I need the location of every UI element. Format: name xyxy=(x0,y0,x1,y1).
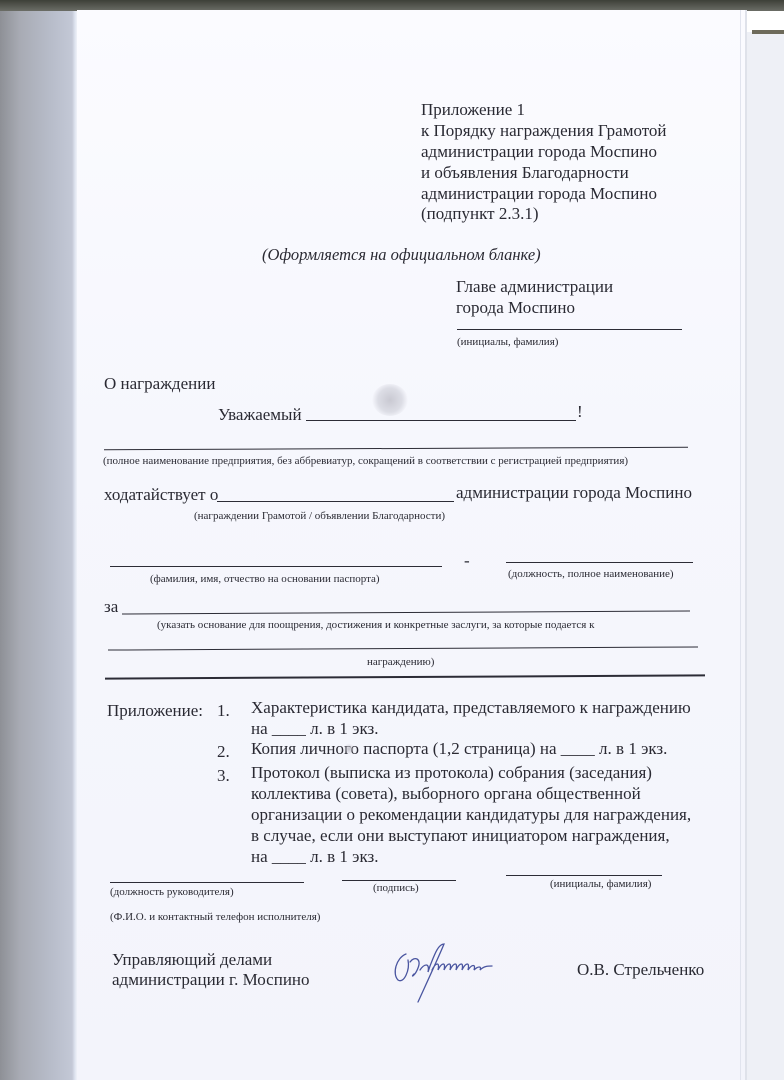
candidate-dash: - xyxy=(464,550,470,571)
clip-mark xyxy=(344,743,354,755)
addressee-name-field[interactable] xyxy=(457,329,682,330)
attachment-text: коллектива (совета), выборного органа об… xyxy=(251,783,641,804)
reason-caption-cont: награждению) xyxy=(367,656,434,669)
salutation-exclamation: ! xyxy=(577,401,583,422)
official-form-note: (Оформляется на официальном бланке) xyxy=(262,244,541,265)
initials-surname-field[interactable] xyxy=(506,875,662,876)
petition-label: ходатайствует о xyxy=(104,484,218,505)
candidate-position-field[interactable] xyxy=(506,562,693,563)
attachment-number: 1. xyxy=(217,700,237,721)
reason-caption: (указать основание для поощрения, достиж… xyxy=(157,619,594,632)
executor-caption: (Ф.И.О. и контактный телефон исполнителя… xyxy=(110,911,320,924)
candidate-name-caption: (фамилия, имя, отчество на основании пас… xyxy=(150,573,380,586)
back-sheet-top-edge xyxy=(752,30,784,34)
header-line: Приложение 1 xyxy=(421,99,525,120)
attachment-text: на ____ л. в 1 экз. xyxy=(251,718,378,739)
attachment-text: организации о рекомендации кандидатуры д… xyxy=(251,804,691,825)
attachment-text: Характеристика кандидата, представляемог… xyxy=(251,697,691,718)
header-line: администрации города Моспино xyxy=(421,183,657,204)
signature-caption: (подпись) xyxy=(373,882,419,895)
candidate-position-caption: (должность, полное наименование) xyxy=(508,568,674,581)
header-line: к Порядку награждения Грамотой xyxy=(421,120,667,141)
header-line: и объявления Благодарности xyxy=(421,162,629,183)
reason-label: за xyxy=(104,596,118,617)
smudge-mark xyxy=(372,384,408,416)
footer-title-line: администрации г. Моспино xyxy=(112,969,310,990)
award-type-field[interactable] xyxy=(217,501,454,502)
attachment-text: в случае, если они выступают инициатором… xyxy=(251,825,670,846)
attachment-number: 2. xyxy=(217,741,237,762)
candidate-name-field[interactable] xyxy=(110,566,442,567)
header-line: администрации города Моспино xyxy=(421,141,657,162)
attachment-text: Протокол (выписка из протокола) собрания… xyxy=(251,762,652,783)
addressee-line: Главе администрации xyxy=(456,276,613,297)
signature-field[interactable] xyxy=(342,880,456,881)
handwritten-signature-icon xyxy=(388,940,513,1005)
enterprise-caption: (полное наименование предприятия, без аб… xyxy=(103,455,628,468)
signer-name: О.В. Стрельченко xyxy=(577,959,704,980)
petition-suffix: администрации города Моспино xyxy=(456,482,692,503)
manager-position-caption: (должность руководителя) xyxy=(110,886,234,899)
attachment-number: 3. xyxy=(217,765,237,786)
salutation-label: Уважаемый xyxy=(218,404,302,425)
addressee-line: города Моспино xyxy=(456,297,575,318)
manager-position-field[interactable] xyxy=(110,882,304,883)
addressee-caption: (инициалы, фамилия) xyxy=(457,336,558,349)
header-line: (подпункт 2.3.1) xyxy=(421,203,539,224)
salutation-name-field[interactable] xyxy=(306,420,576,421)
footer-title-line: Управляющий делами xyxy=(112,949,272,970)
award-type-caption: (награждении Грамотой / объявлении Благо… xyxy=(194,510,445,523)
subject-line: О награждении xyxy=(104,373,215,394)
attachments-label: Приложение: xyxy=(107,700,203,721)
initials-caption: (инициалы, фамилия) xyxy=(550,878,651,891)
attachment-text: на ____ л. в 1 экз. xyxy=(251,846,378,867)
attachment-text: Копия личного паспорта (1,2 страница) на… xyxy=(251,738,667,759)
